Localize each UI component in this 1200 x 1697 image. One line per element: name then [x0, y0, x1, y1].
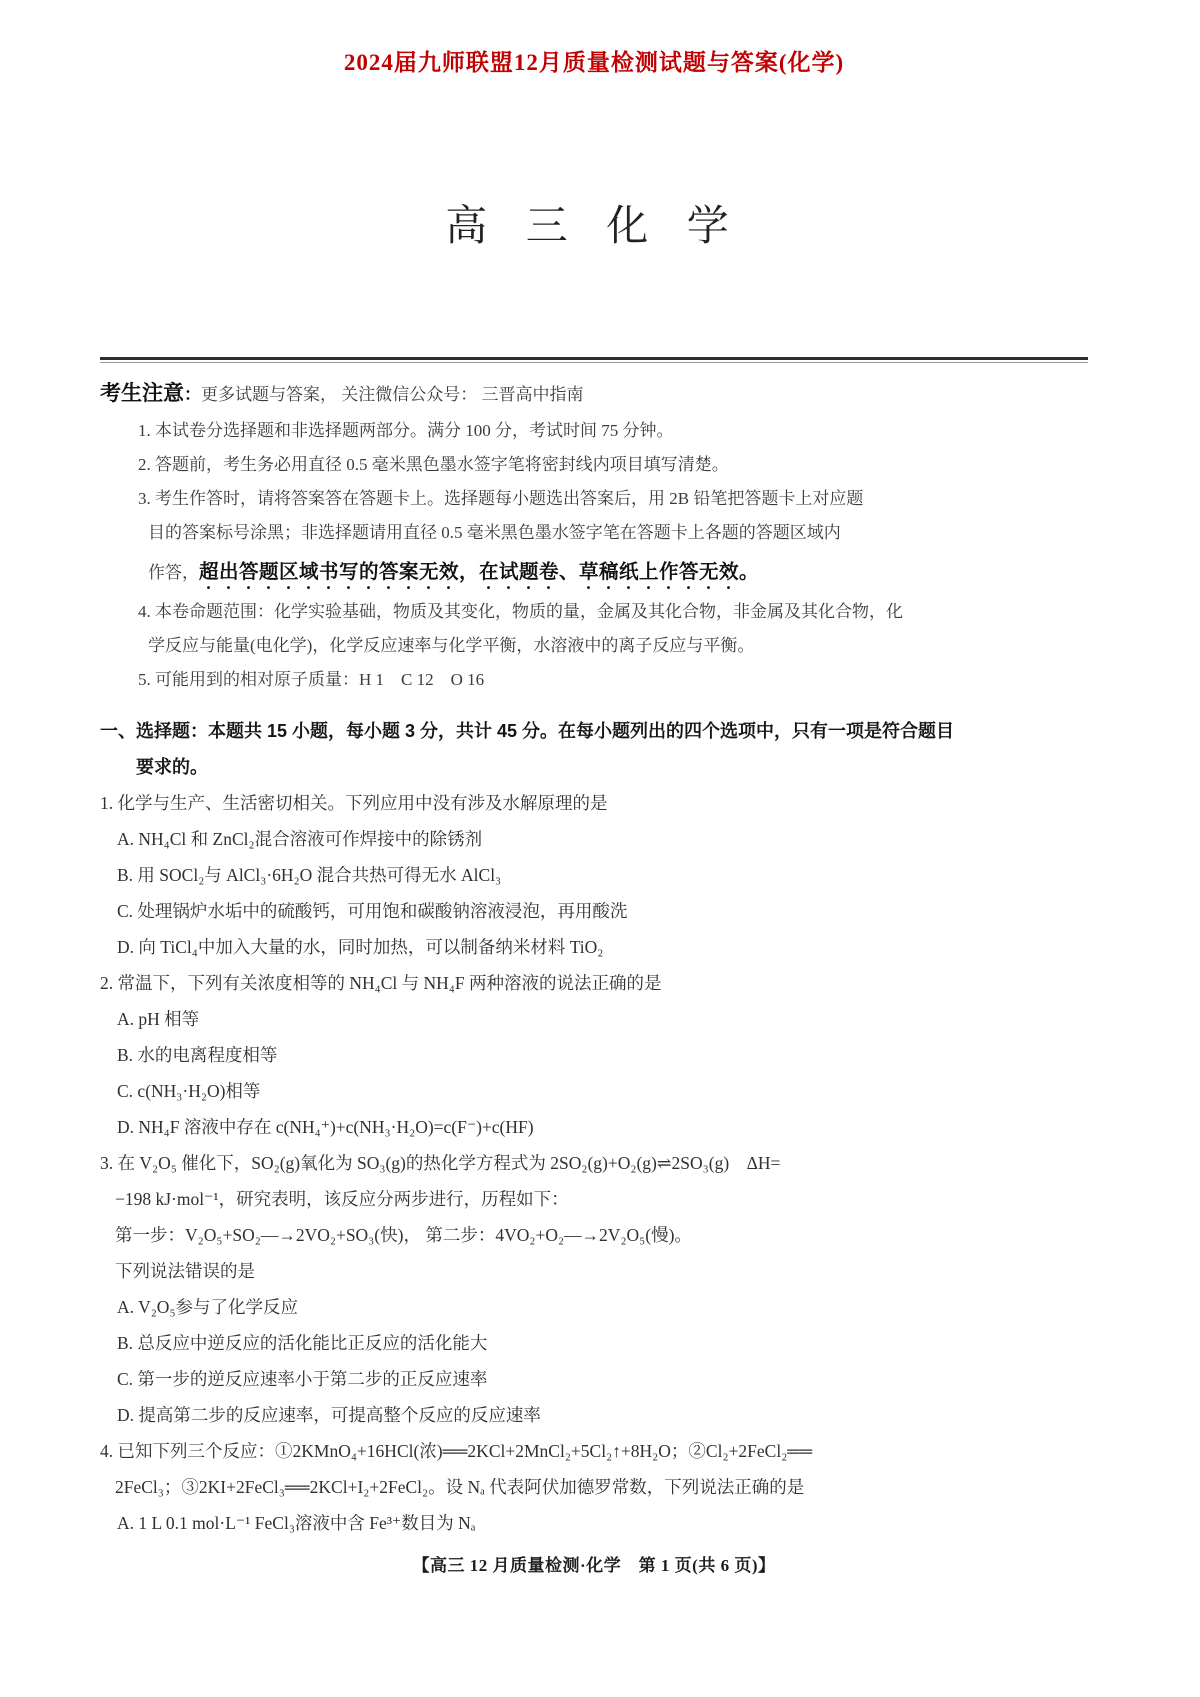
- question-3-prompt: 下列说法错误的是: [115, 1253, 1088, 1289]
- notice-item-4-line1: 4. 本卷命题范围：化学实验基础，物质及其变化，物质的量，金属及其化合物，非金属…: [138, 595, 1088, 629]
- notice-label: 考生注意: [100, 382, 184, 405]
- page-footer: 【高三 12 月质量检测·化学 第 1 页(共 6 页)】: [100, 1551, 1088, 1576]
- multiple-choice-section: 一、选择题：本题共 15 小题，每小题 3 分，共计 45 分。在每小题列出的四…: [100, 713, 1088, 1541]
- question-3-stem-line2: −198 kJ·mol⁻¹，研究表明，该反应分两步进行，历程如下：: [115, 1181, 1088, 1217]
- section-heading-line1: 一、选择题：本题共 15 小题，每小题 3 分，共计 45 分。在每小题列出的四…: [100, 713, 1088, 749]
- question-3-option-c: C. 第一步的逆反应速率小于第二步的正反应速率: [117, 1361, 1088, 1397]
- notice-section: 考生注意：更多试题与答案， 关注微信公众号： 三晋高中指南 1. 本试卷分选择题…: [100, 375, 1088, 697]
- question-4-stem-line2: 2FeCl₃；③2KI+2FeCl₃══2KCl+I₂+2FeCl₂。设 Nₐ …: [115, 1469, 1088, 1505]
- question-1-option-c: C. 处理锅炉水垢中的硫酸钙，可用饱和碳酸钠溶液浸泡，再用酸洗: [117, 893, 1088, 929]
- question-1-option-b: B. 用 SOCl₂与 AlCl₃·6H₂O 混合共热可得无水 AlCl₃: [117, 857, 1088, 893]
- question-1-option-d: D. 向 TiCl₄中加入大量的水，同时加热，可以制备纳米材料 TiO₂: [117, 929, 1088, 965]
- question-4-option-a: A. 1 L 0.1 mol·L⁻¹ FeCl₃溶液中含 Fe³⁺数目为 Nₐ: [117, 1505, 1088, 1541]
- question-2-stem: 2. 常温下，下列有关浓度相等的 NH₄Cl 与 NH₄F 两种溶液的说法正确的…: [100, 965, 1088, 1001]
- question-1-option-a: A. NH₄Cl 和 ZnCl₂混合溶液可作焊接中的除锈剂: [117, 821, 1088, 857]
- notice-intro: 更多试题与答案， 关注微信公众号： 三晋高中指南: [201, 385, 584, 404]
- notice-head-line: 考生注意：更多试题与答案， 关注微信公众号： 三晋高中指南: [100, 375, 1088, 414]
- question-3-option-d: D. 提高第二步的反应速率，可提高整个反应的反应速率: [117, 1397, 1088, 1433]
- section-heading-line2: 要求的。: [136, 749, 1088, 785]
- question-2-option-a: A. pH 相等: [117, 1001, 1088, 1037]
- footer-pre: 【高三 12 月质量检测·: [413, 1556, 587, 1575]
- question-3-steps: 第一步：V₂O₅+SO₂—→2VO₂+SO₃(快)， 第二步：4VO₂+O₂—→…: [115, 1217, 1088, 1253]
- question-2-option-b: B. 水的电离程度相等: [117, 1037, 1088, 1073]
- footer-subject: 化学: [586, 1556, 621, 1575]
- exam-title: 高 三 化 学: [100, 199, 1088, 255]
- question-4-stem-line1: 4. 已知下列三个反应：①2KMnO₄+16HCl(浓)══2KCl+2MnCl…: [100, 1433, 1088, 1469]
- notice-item-3-line3: 作答，超出答题区域书写的答案无效，在试题卷、草稿纸上作答无效。: [148, 550, 1088, 595]
- notice-emphasis-text: 超出答题区域书写的答案无效，在试题卷、草稿纸上作答无效。: [199, 561, 759, 583]
- header-divider: [100, 357, 1088, 363]
- document-title: 2024届九师联盟12月质量检测试题与答案(化学): [100, 0, 1088, 77]
- question-2-option-d: D. NH₄F 溶液中存在 c(NH₄⁺)+c(NH₃·H₂O)=c(F⁻)+c…: [117, 1109, 1088, 1145]
- footer-post: 第 1 页(共 6 页)】: [621, 1556, 775, 1575]
- notice-item-4-line2: 学反应与能量(电化学)，化学反应速率与化学平衡，水溶液中的离子反应与平衡。: [148, 629, 1088, 663]
- notice-item-1: 1. 本试卷分选择题和非选择题两部分。满分 100 分，考试时间 75 分钟。: [138, 414, 1088, 448]
- question-3-option-b: B. 总反应中逆反应的活化能比正反应的活化能大: [117, 1325, 1088, 1361]
- notice-item-2: 2. 答题前，考生务必用直径 0.5 毫米黑色墨水签字笔将密封线内项目填写清楚。: [138, 448, 1088, 482]
- notice-item-3-line1: 3. 考生作答时，请将答案答在答题卡上。选择题每小题选出答案后，用 2B 铅笔把…: [138, 482, 1088, 516]
- notice-item-3-line2: 目的答案标号涂黑；非选择题请用直径 0.5 毫米黑色墨水签字笔在答题卡上各题的答…: [148, 516, 1088, 550]
- question-3-option-a: A. V₂O₅参与了化学反应: [117, 1289, 1088, 1325]
- question-1-stem: 1. 化学与生产、生活密切相关。下列应用中没有涉及水解原理的是: [100, 785, 1088, 821]
- question-3-stem-line1: 3. 在 V₂O₅ 催化下，SO₂(g)氧化为 SO₃(g)的热化学方程式为 2…: [100, 1145, 1088, 1181]
- notice-item-3-line3-pre: 作答，: [148, 563, 199, 582]
- notice-item-5: 5. 可能用到的相对原子质量：H 1 C 12 O 16: [138, 663, 1088, 697]
- question-2-option-c: C. c(NH₃·H₂O)相等: [117, 1073, 1088, 1109]
- exam-paper-page: 2024届九师联盟12月质量检测试题与答案(化学) 高 三 化 学 考生注意：更…: [0, 0, 1200, 1697]
- notice-colon: ：: [184, 385, 201, 404]
